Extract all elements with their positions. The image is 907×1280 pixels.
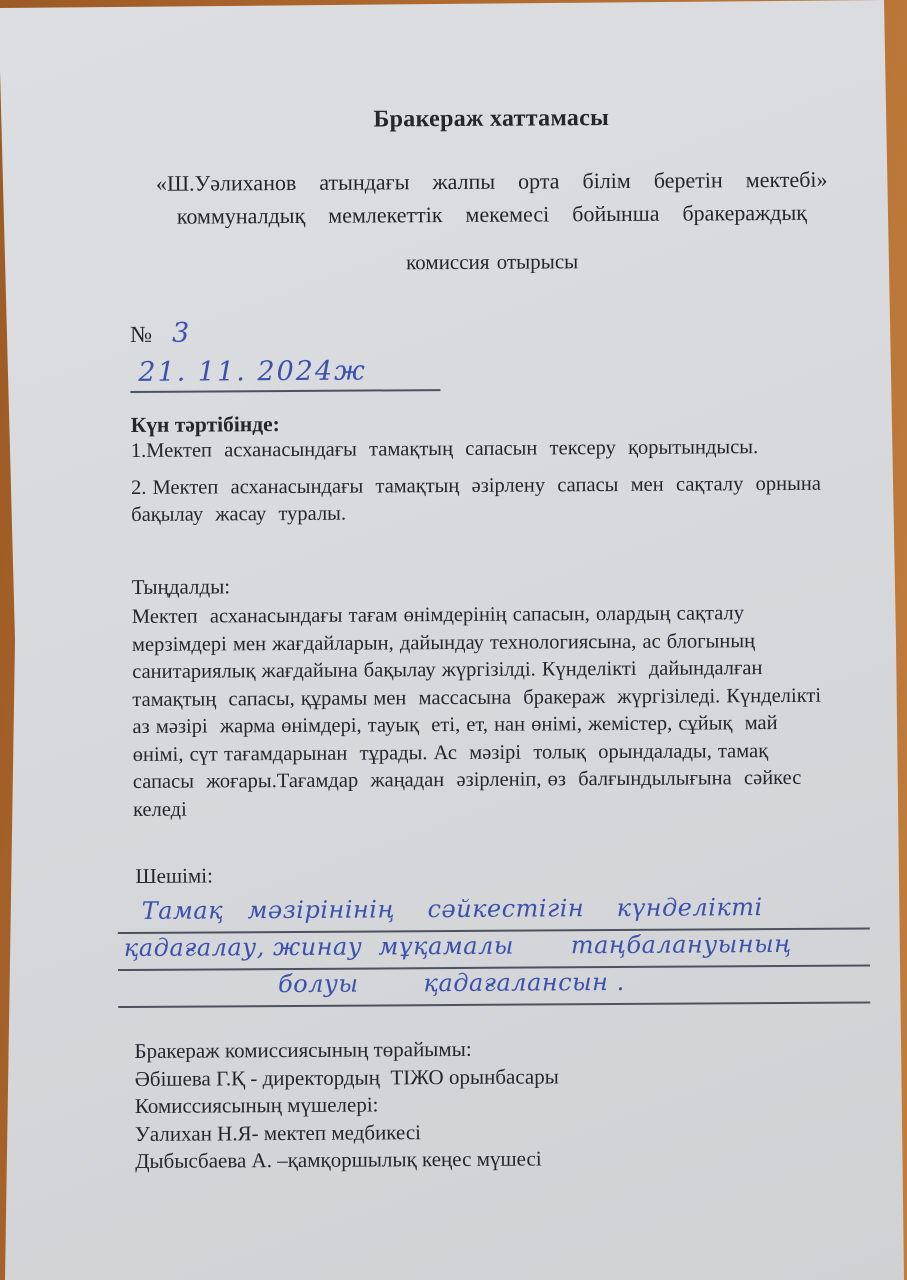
listened-line: санитариялық жағдайына бақылау жүргізілд… — [132, 655, 857, 687]
agenda-item: бақылау жасау туралы. — [131, 498, 856, 530]
listened-line: келеді — [133, 792, 858, 824]
decision-handwritten-line: Тамақ мәзірінінің сәйкестігін күнделікті — [118, 892, 870, 934]
subtitle-line: комиссия отырысы — [130, 244, 855, 281]
date-row: 21. 11. 2024ж — [130, 353, 855, 393]
subtitle-line: «Ш.Уәлиханов атындағы жалпы орта білім б… — [129, 163, 854, 200]
document-title: Бракераж хаттамасы — [129, 104, 854, 135]
listened-line: аз мәзірі жарма өнімдері, тауық еті, ет,… — [132, 710, 857, 742]
paper-sheet: Бракераж хаттамасы «Ш.Уәлиханов атындағы… — [0, 0, 907, 1280]
committee-member-name: Уалихан Н.Я- мектеп медбикесі — [135, 1116, 860, 1148]
listened-line: Мектеп асханасындағы тағам өнімдерінің с… — [132, 600, 857, 632]
subtitle-line: коммуналдық мемлекеттік мекемесі бойынша… — [129, 196, 854, 233]
protocol-number-handwritten: 3 — [172, 318, 189, 349]
decision-handwritten-line: болуы қадағалансын . — [118, 966, 870, 1008]
document-content: Бракераж хаттамасы «Ш.Уәлиханов атындағы… — [0, 0, 907, 1280]
date-handwritten: 21. 11. 2024ж — [130, 355, 440, 393]
listened-line: сапасы жоғары.Тағамдар жаңадан әзірленіп… — [133, 765, 858, 797]
listened-line: тамақтың сапасы, құрамы мен массасына бр… — [132, 682, 857, 714]
agenda-item: 2. Мектеп асханасындағы тамақтың әзірлен… — [131, 470, 856, 502]
protocol-number-row: № 3 — [130, 314, 855, 349]
committee-member-name: Дыбысбаева А. –қамқоршылық кеңес мүшесі — [135, 1144, 860, 1176]
committee-chair-name: Әбішева Г.Қ - директордың ТІЖО орынбасар… — [135, 1061, 860, 1093]
listened-line: мерзімдері мен жағдайларын, дайындау тех… — [132, 627, 857, 659]
decision-handwritten-block: Тамақ мәзірінінің сәйкестігін күнделікті… — [118, 892, 871, 1008]
decision-handwritten-line: қадағалау, жинау мұқамалы таңбалануының — [118, 929, 870, 971]
committee-block: Бракераж комиссиясының төрайымы: Әбішева… — [134, 1034, 860, 1176]
agenda-item: 1.Мектеп асханасындағы тамақтың сапасын … — [131, 434, 856, 466]
number-sign-label: № — [130, 322, 152, 347]
decision-heading: Шешімі: — [135, 860, 858, 889]
committee-chair-heading: Бракераж комиссиясының төрайымы: — [134, 1034, 859, 1066]
listened-heading: Тыңдалды: — [132, 569, 857, 601]
committee-members-heading: Комиссиясының мүшелері: — [135, 1089, 860, 1121]
photo-background: Бракераж хаттамасы «Ш.Уәлиханов атындағы… — [0, 0, 907, 1280]
listened-line: өнімі, сүт тағамдарынан тұрады. Ас мәзір… — [133, 737, 858, 769]
document-subtitle: «Ш.Уәлиханов атындағы жалпы орта білім б… — [129, 163, 855, 281]
